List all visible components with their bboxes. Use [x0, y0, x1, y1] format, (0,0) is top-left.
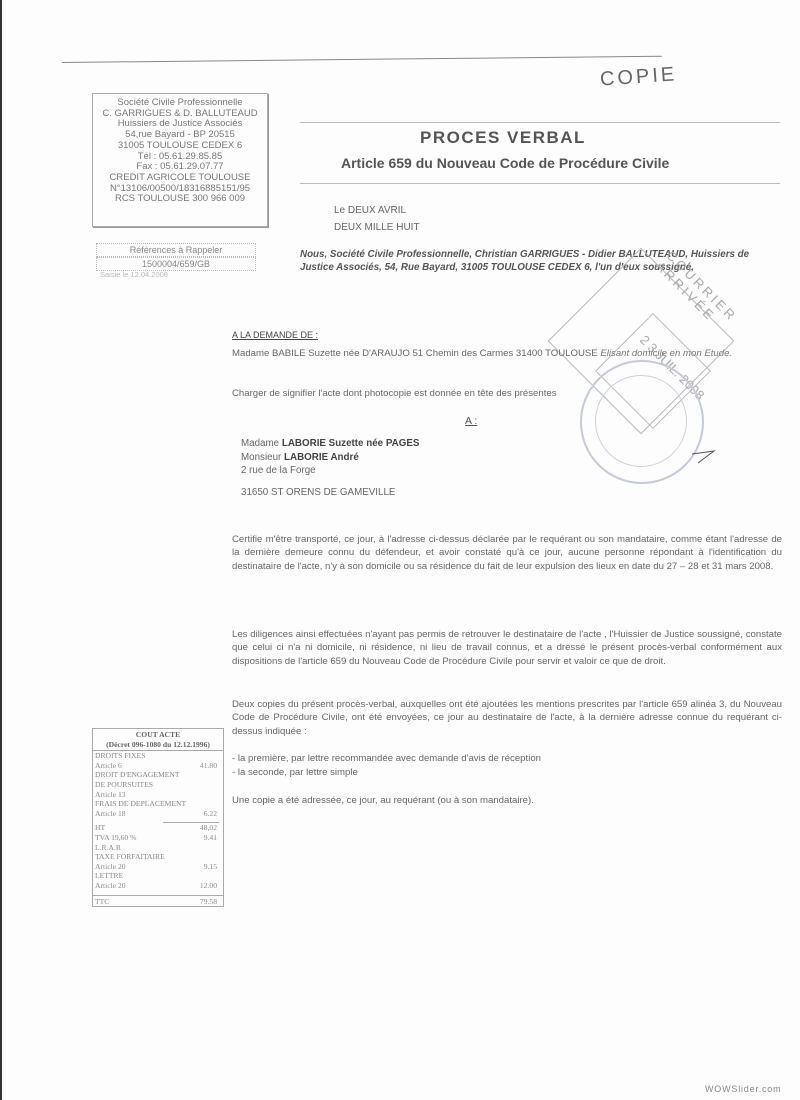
- cost-row: TAXE FORFAITAIRE: [93, 852, 223, 862]
- date-line-2: DEUX MILLE HUIT: [334, 222, 420, 233]
- mission-statement: Charger de signifier l'acte dont photoco…: [232, 388, 557, 399]
- cost-row: Article 13: [93, 790, 223, 800]
- paragraph-diligences: Les diligences ainsi effectuées n'ayant …: [232, 628, 782, 668]
- recipient-2-name: LABORIE André: [284, 452, 359, 463]
- letterhead-line: 31005 TOULOUSE CEDEX 6: [93, 141, 267, 152]
- page-edge: [0, 0, 2, 1100]
- cost-row: Article 209.15: [93, 862, 223, 872]
- cost-row: LETTRE: [93, 871, 223, 881]
- cost-row-value: 9.41: [204, 833, 217, 843]
- on-request-label: A LA DEMANDE DE :: [232, 330, 318, 340]
- cost-table: COUT ACTE (Décret 096-1080 du 12.12.1996…: [92, 728, 224, 907]
- cost-row-label: TAXE FORFAITAIRE: [95, 852, 165, 862]
- cost-row: Article 186.22: [93, 809, 223, 819]
- requester-info: Madame BABILE Suzette née D'ARAUJO 51 Ch…: [232, 347, 752, 360]
- bailiff-statement: Nous, Société Civile Professionnelle, Ch…: [300, 248, 780, 274]
- top-rule: [62, 56, 662, 63]
- cost-row-label: Article 20: [95, 862, 126, 872]
- recipient-1-name: LABORIE Suzette née PAGES: [282, 438, 420, 449]
- cost-total-value: 79.58: [200, 897, 217, 907]
- cost-row-label: TVA 19,60 %: [95, 833, 136, 843]
- cost-row: DROIT D'ENGAGEMENT: [93, 770, 223, 780]
- recipient-2-title: Monsieur: [241, 452, 281, 463]
- cost-row-label: Article 6: [95, 761, 122, 771]
- cost-row: DE POURSUITES: [93, 780, 223, 790]
- cost-row: Article 2012.00: [93, 881, 223, 891]
- document-subtitle: Article 659 du Nouveau Code de Procédure…: [341, 155, 669, 171]
- references-date: Saisie le 12.04.2008: [100, 270, 168, 279]
- recipient-label: A :: [465, 415, 477, 427]
- cost-decree: (Décret 096-1080 du 12.12.1996): [93, 740, 223, 750]
- official-seal-inner: [595, 375, 687, 467]
- cost-total-row: TTC 79.58: [93, 895, 223, 907]
- cost-row-value: 6.22: [204, 809, 217, 819]
- letterhead-line: RCS TOULOUSE 300 966 009: [93, 194, 267, 205]
- requester-name: Madame BABILE Suzette née D'ARAUJO 51 Ch…: [232, 348, 598, 359]
- cost-row: HT48,02: [93, 823, 223, 833]
- paragraph-certification: Certifie m'être transporté, ce jour, à l…: [232, 533, 782, 573]
- watermark: WOWSlider.com: [705, 1084, 781, 1094]
- cost-table-header: COUT ACTE (Décret 096-1080 du 12.12.1996…: [93, 729, 223, 751]
- bullet-first-copy: - la première, par lettre recommandée av…: [232, 752, 782, 765]
- cost-row-label: DE POURSUITES: [95, 780, 153, 790]
- cost-row: L.R.A.R: [93, 843, 223, 853]
- cost-total-label: TTC: [95, 897, 109, 907]
- cost-row: FRAIS DE DEPLACEMENT: [93, 799, 223, 809]
- title-rule-top: [300, 122, 780, 123]
- cost-row-label: Article 20: [95, 881, 126, 891]
- cost-row-label: Article 13: [95, 790, 126, 800]
- cost-row-label: HT: [95, 823, 105, 833]
- signature-mark: [690, 448, 720, 464]
- cost-row-label: Article 18: [95, 809, 126, 819]
- cost-row: Article 641.80: [93, 761, 223, 771]
- cost-row: TVA 19,60 %9.41: [93, 833, 223, 843]
- copy-stamp: COPIE: [599, 63, 678, 91]
- paragraph-requester-copy: Une copie a été adressée, ce jour, au re…: [232, 794, 782, 807]
- cost-title: COUT ACTE: [93, 730, 223, 740]
- references-value: 1500004/659/GB: [96, 257, 256, 271]
- document-title: PROCES VERBAL: [420, 128, 586, 148]
- cost-row-label: LETTRE: [95, 871, 123, 881]
- references-label: Références à Rappeler: [96, 243, 256, 257]
- cost-row-value: 48,02: [200, 823, 217, 833]
- letterhead-box: Société Civile ProfessionnelleC. GARRIGU…: [92, 93, 268, 227]
- date-line-1: Le DEUX AVRIL: [334, 205, 406, 216]
- cost-row-value: 12.00: [200, 881, 217, 891]
- recipient-street: 2 rue de la Forge: [241, 464, 419, 478]
- cost-row-label: DROITS FIXES: [95, 751, 145, 761]
- references-box: Références à Rappeler 1500004/659/GB: [96, 243, 256, 271]
- paragraph-copies: Deux copies du présent procès-verbal, au…: [232, 698, 782, 738]
- cost-row-label: L.R.A.R: [95, 843, 121, 853]
- cost-row-label: DROIT D'ENGAGEMENT: [95, 770, 180, 780]
- cost-row-value: 41.80: [200, 761, 217, 771]
- recipients-block: Madame LABORIE Suzette née PAGES Monsieu…: [241, 437, 419, 478]
- requester-domicile: Elisant domicile en mon Etude.: [600, 348, 732, 359]
- recipient-1-title: Madame: [241, 438, 279, 449]
- cost-row-value: 9.15: [204, 862, 217, 872]
- recipient-city: 31650 ST ORENS DE GAMEVILLE: [241, 487, 395, 498]
- cost-row: DROITS FIXES: [93, 751, 223, 761]
- title-rule-bottom: [300, 183, 780, 184]
- bullet-second-copy: - la seconde, par lettre simple: [232, 766, 782, 779]
- cost-row-label: FRAIS DE DEPLACEMENT: [95, 799, 186, 809]
